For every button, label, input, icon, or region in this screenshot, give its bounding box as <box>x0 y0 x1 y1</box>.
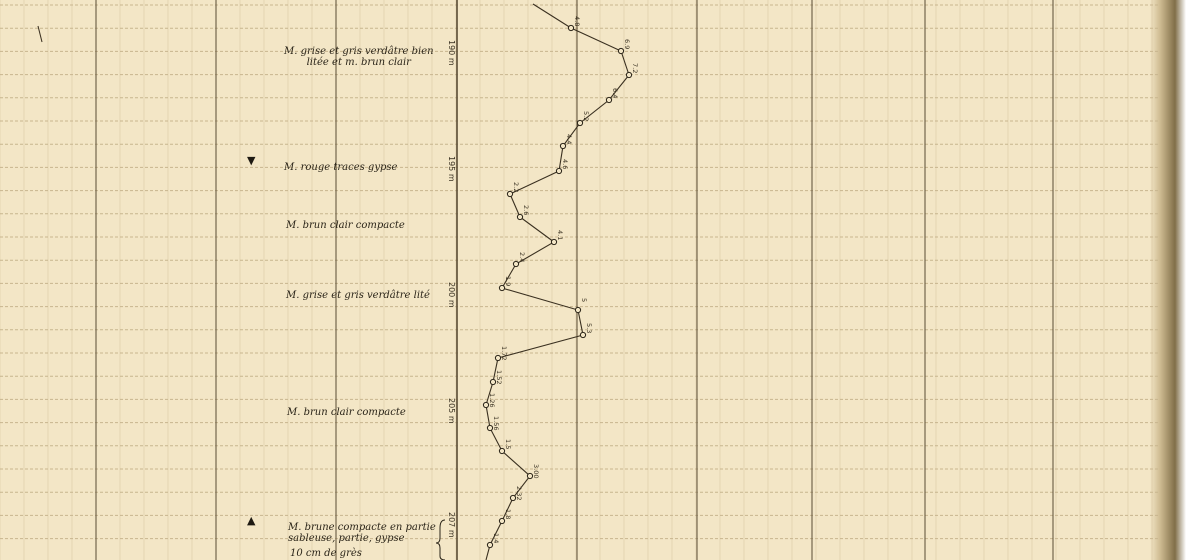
data-point-label: 2.6 <box>522 205 530 215</box>
data-point-label: 5 <box>580 298 588 302</box>
arrow-down-icon: ▼ <box>247 154 255 167</box>
lithology-text: 10 cm de grès <box>290 548 362 559</box>
data-point-label: 2.32 <box>515 486 523 500</box>
lithology-label-2: M. brun clair compacte <box>286 220 405 231</box>
lithology-label-1: M. rouge traces gypse <box>284 162 397 173</box>
data-point <box>575 307 580 312</box>
lithology-label-6: 10 cm de grès <box>290 548 362 559</box>
lithology-text: M. grise et gris verdâtre lité <box>286 290 430 301</box>
lithology-label-5: M. brune compacte en partie sableuse, pa… <box>288 522 436 544</box>
minor-gridlines <box>0 0 1160 560</box>
data-point-label: 2.2 <box>512 182 520 192</box>
data-point-label: 1.52 <box>495 370 503 384</box>
data-point-label: 5.3 <box>585 323 593 333</box>
depth-label-205: 205 m <box>447 398 456 424</box>
chart-grid <box>0 0 1200 560</box>
data-point-label: 5.2 <box>582 111 590 121</box>
data-point-label: 1.72 <box>500 346 508 360</box>
data-point-label: 1.56 <box>492 416 500 430</box>
data-point-label: 3.00 <box>532 464 540 478</box>
lithology-text: M. rouge traces gypse <box>284 162 397 173</box>
scan-edge <box>1186 0 1200 560</box>
data-point-label: 1.8 <box>504 509 512 519</box>
data-point-label: 4.4 <box>565 134 573 144</box>
data-point-label: 1.9 <box>504 276 512 286</box>
bracket-annotation <box>436 520 445 560</box>
data-point-label: 6.9 <box>623 39 631 49</box>
depth-label-207: 207 m <box>447 512 456 538</box>
lithology-label-0: M. grise et gris verdâtre bien litée et … <box>284 46 434 68</box>
lithology-label-3: M. grise et gris verdâtre lité <box>286 290 430 301</box>
data-point-label: 1.5 <box>504 439 512 449</box>
lithology-text: litée et m. brun clair <box>284 57 434 68</box>
data-point-label: 1.26 <box>488 393 496 407</box>
data-point-label: 6.4 <box>611 88 619 98</box>
data-point-label: 4.6 <box>561 159 569 169</box>
depth-label-190: 190 m <box>447 40 456 66</box>
data-point-label: 4.1 <box>556 230 564 240</box>
lithology-text: sableuse, partie, gypse <box>288 533 436 544</box>
data-point-label: 4.8 <box>573 16 581 26</box>
depth-label-200: 200 m <box>447 282 456 308</box>
data-point-label: 2.4 <box>518 252 526 262</box>
lithology-text: M. brun clair compacte <box>286 220 405 231</box>
depth-label-195: 195 m <box>447 156 456 182</box>
lithology-text: M. grise et gris verdâtre bien <box>284 46 434 57</box>
lithology-label-4: M. brun clair compacte <box>287 407 406 418</box>
data-point-label: 1.4 <box>492 533 500 543</box>
major-gridlines <box>96 0 1053 560</box>
arrow-up-icon: ▲ <box>247 514 255 527</box>
data-point-label: 7.2 <box>631 63 639 73</box>
lithology-text: M. brune compacte en partie <box>288 522 436 533</box>
lithology-text: M. brun clair compacte <box>287 407 406 418</box>
